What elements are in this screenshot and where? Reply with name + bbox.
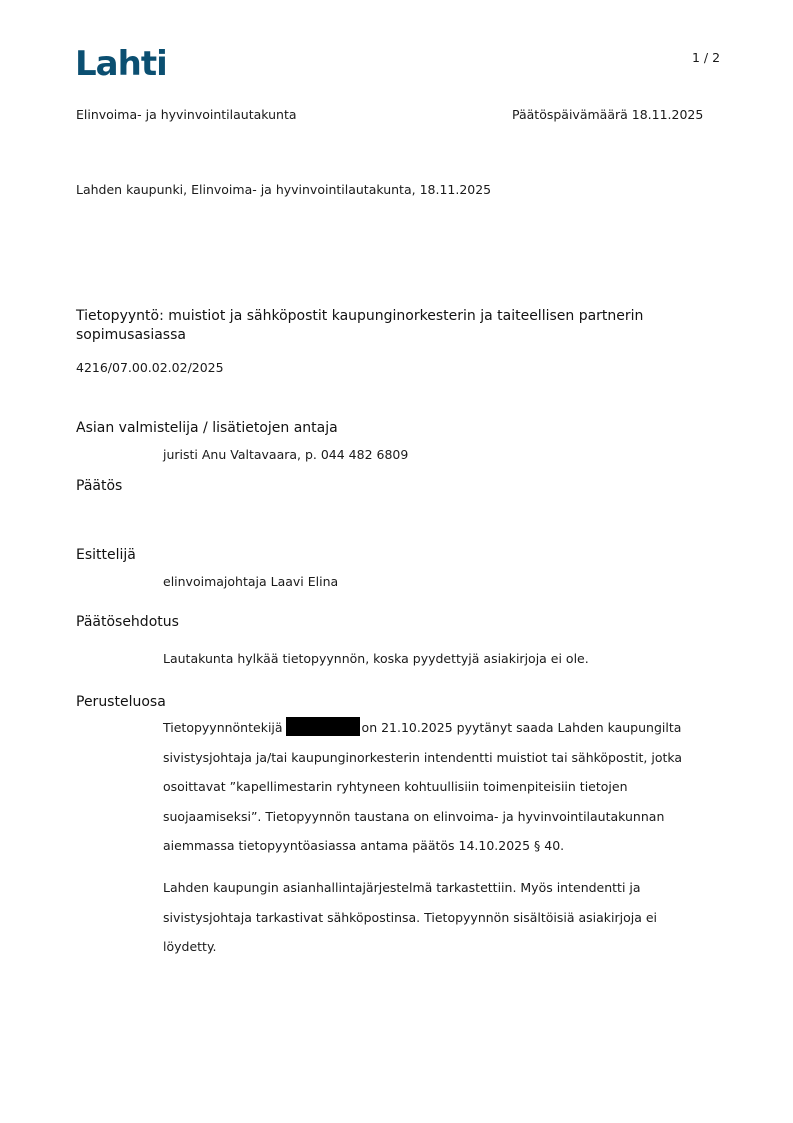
lahti-logo: Lahti	[75, 44, 167, 84]
presenter-value: elinvoimajohtaja Laavi Elina	[163, 574, 338, 589]
document-title-line1: Tietopyyntö: muistiot ja sähköpostit kau…	[76, 308, 643, 324]
reasoning-paragraph-1: Tietopyynnöntekijäon 21.10.2025 pyytänyt…	[163, 713, 723, 861]
proposal-value: Lautakunta hylkää tietopyynnön, koska py…	[163, 651, 589, 666]
presenter-heading: Esittelijä	[76, 547, 136, 563]
source-line: Lahden kaupunki, Elinvoima- ja hyvinvoin…	[76, 182, 491, 197]
decision-heading: Päätös	[76, 478, 122, 494]
reasoning-p1-line: aiemmassa tietopyyntöasiassa antama päät…	[163, 831, 723, 861]
proposal-heading: Päätösehdotus	[76, 614, 179, 630]
reasoning-p1-line: suojaamiseksi”. Tietopyynnön taustana on…	[163, 802, 723, 832]
redacted-name-block	[286, 717, 360, 736]
reasoning-p1-line1: Tietopyynnöntekijäon 21.10.2025 pyytänyt…	[163, 713, 723, 743]
reasoning-p2-line: sivistysjohtaja tarkastivat sähköpostins…	[163, 903, 723, 933]
organ-name: Elinvoima- ja hyvinvointilautakunta	[76, 107, 297, 122]
reasoning-p2-line: löydetty.	[163, 932, 723, 962]
page-number: 1 / 2	[692, 50, 720, 65]
preparer-heading: Asian valmistelija / lisätietojen antaja	[76, 420, 338, 436]
reasoning-p2-line: Lahden kaupungin asianhallintajärjestelm…	[163, 873, 723, 903]
requester-label: Tietopyynnöntekijä	[163, 720, 283, 735]
case-number: 4216/07.00.02.02/2025	[76, 360, 224, 375]
reasoning-p1-line: sivistysjohtaja ja/tai kaupunginorkester…	[163, 743, 723, 773]
reasoning-paragraph-2: Lahden kaupungin asianhallintajärjestelm…	[163, 873, 723, 962]
document-title-line2: sopimusasiassa	[76, 327, 186, 343]
decision-date: Päätöspäivämäärä 18.11.2025	[512, 107, 703, 122]
preparer-value: juristi Anu Valtavaara, p. 044 482 6809	[163, 447, 408, 462]
reasoning-heading: Perusteluosa	[76, 694, 166, 710]
request-date-text: on 21.10.2025 pyytänyt saada Lahden kaup…	[362, 720, 682, 735]
reasoning-p1-line: osoittavat ”kapellimestarin ryhtyneen ko…	[163, 772, 723, 802]
